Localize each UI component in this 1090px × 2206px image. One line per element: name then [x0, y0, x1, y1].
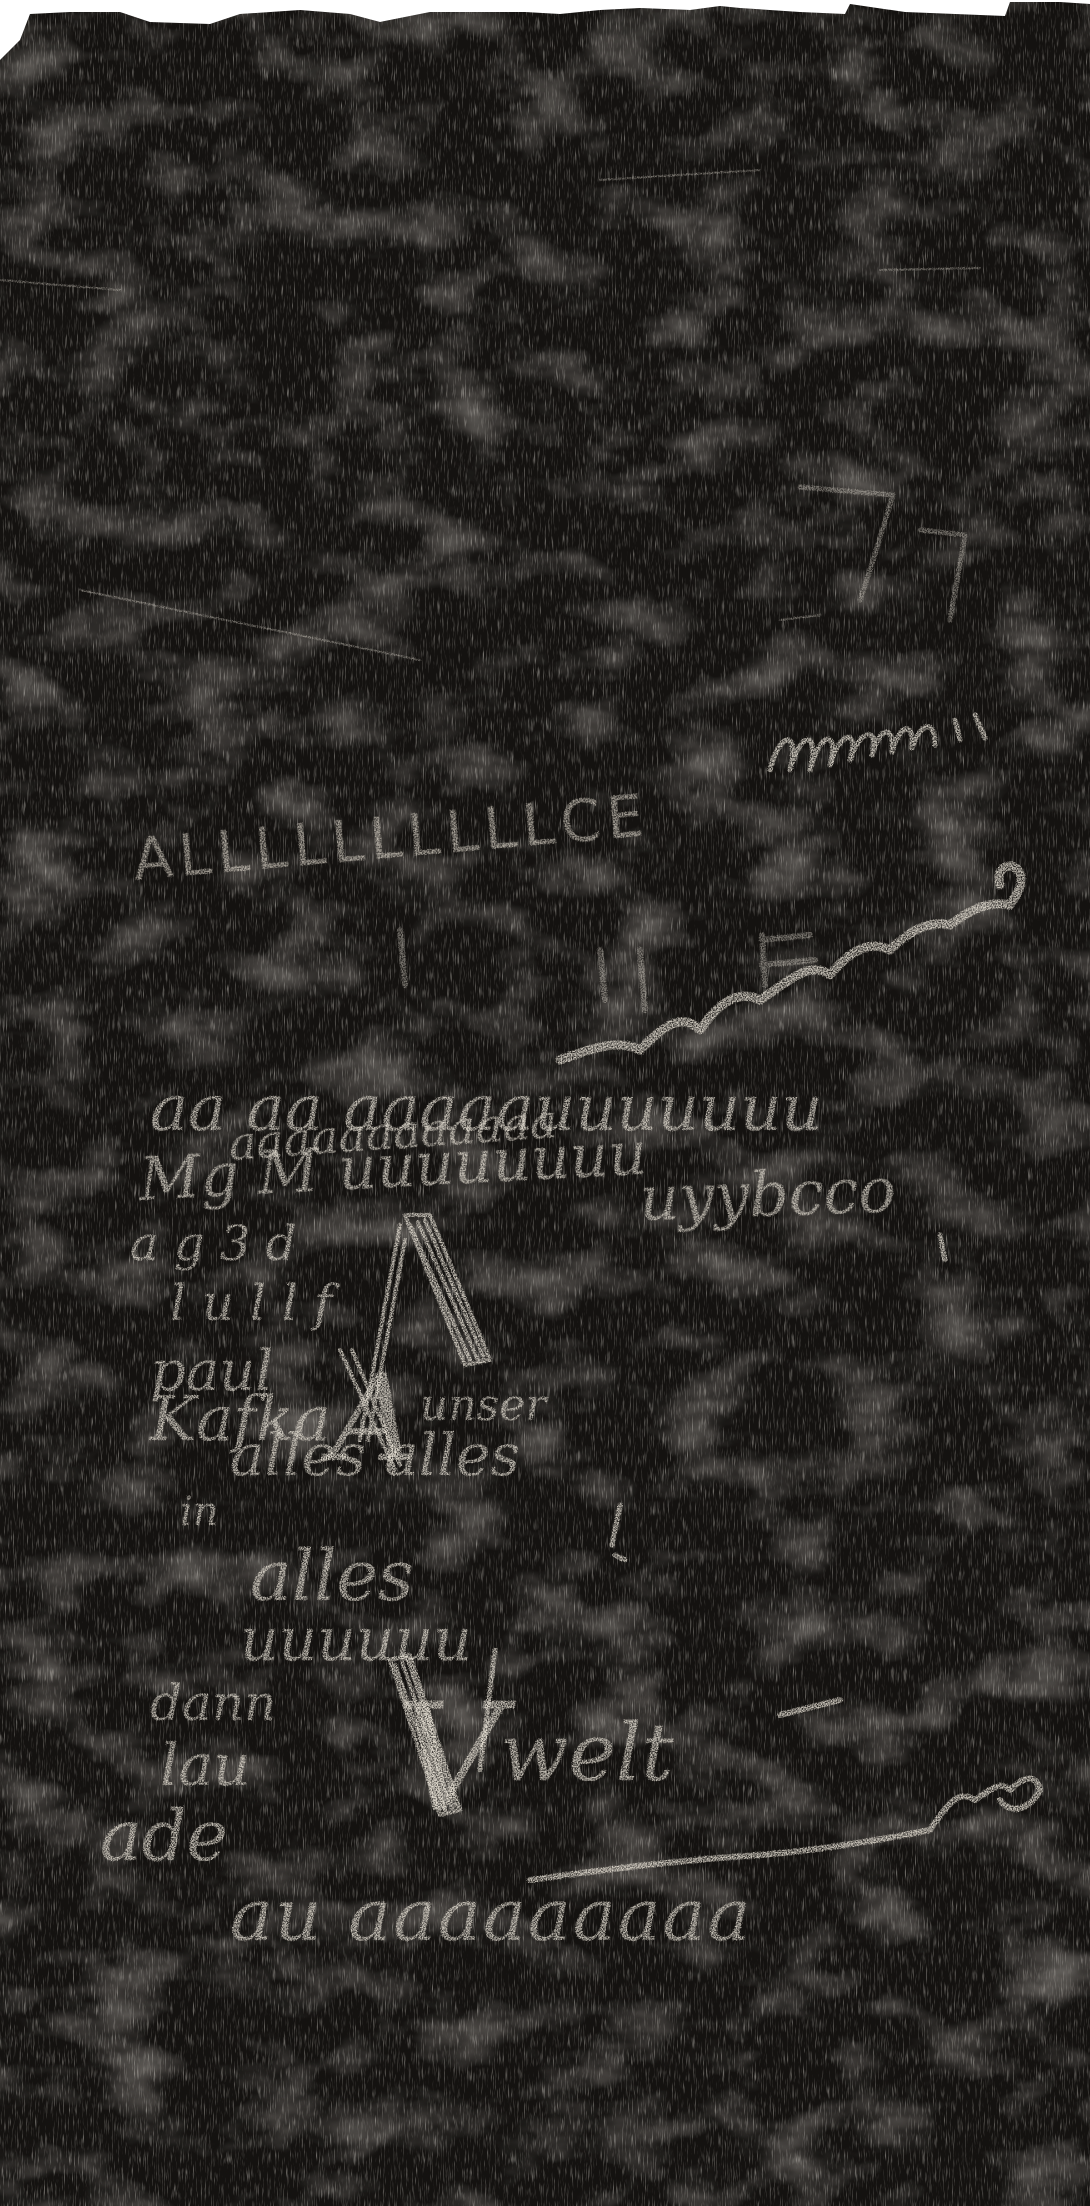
inscription-right-loops: uyybcco [638, 1153, 897, 1235]
inscription-u-row: uuuuuu [240, 1605, 472, 1675]
inscription-welt: welt [500, 1706, 674, 1799]
big-letter-v-glyph: V [395, 1672, 517, 1846]
inscription-dann: dann [150, 1674, 276, 1732]
inscription-ade: ade [100, 1795, 228, 1877]
inscription-bottom-loops: au aaaaaaaaa [230, 1873, 753, 1957]
dark-ground: ALLLLLLLLLLCE aa aa aaaaauuuuuuu aaaaaaa… [0, 0, 1090, 2206]
inscription-small-2: l u l l f [170, 1274, 340, 1332]
inscription-in: in [180, 1489, 219, 1535]
inscription-small-1: a g 3 d [130, 1216, 296, 1272]
inscription-lau: lau [160, 1731, 250, 1799]
big-letter-a-glyph: A [320, 1350, 417, 1489]
chalk-artwork: ALLLLLLLLLLCE aa aa aaaaauuuuuuu aaaaaaa… [0, 0, 1090, 2206]
